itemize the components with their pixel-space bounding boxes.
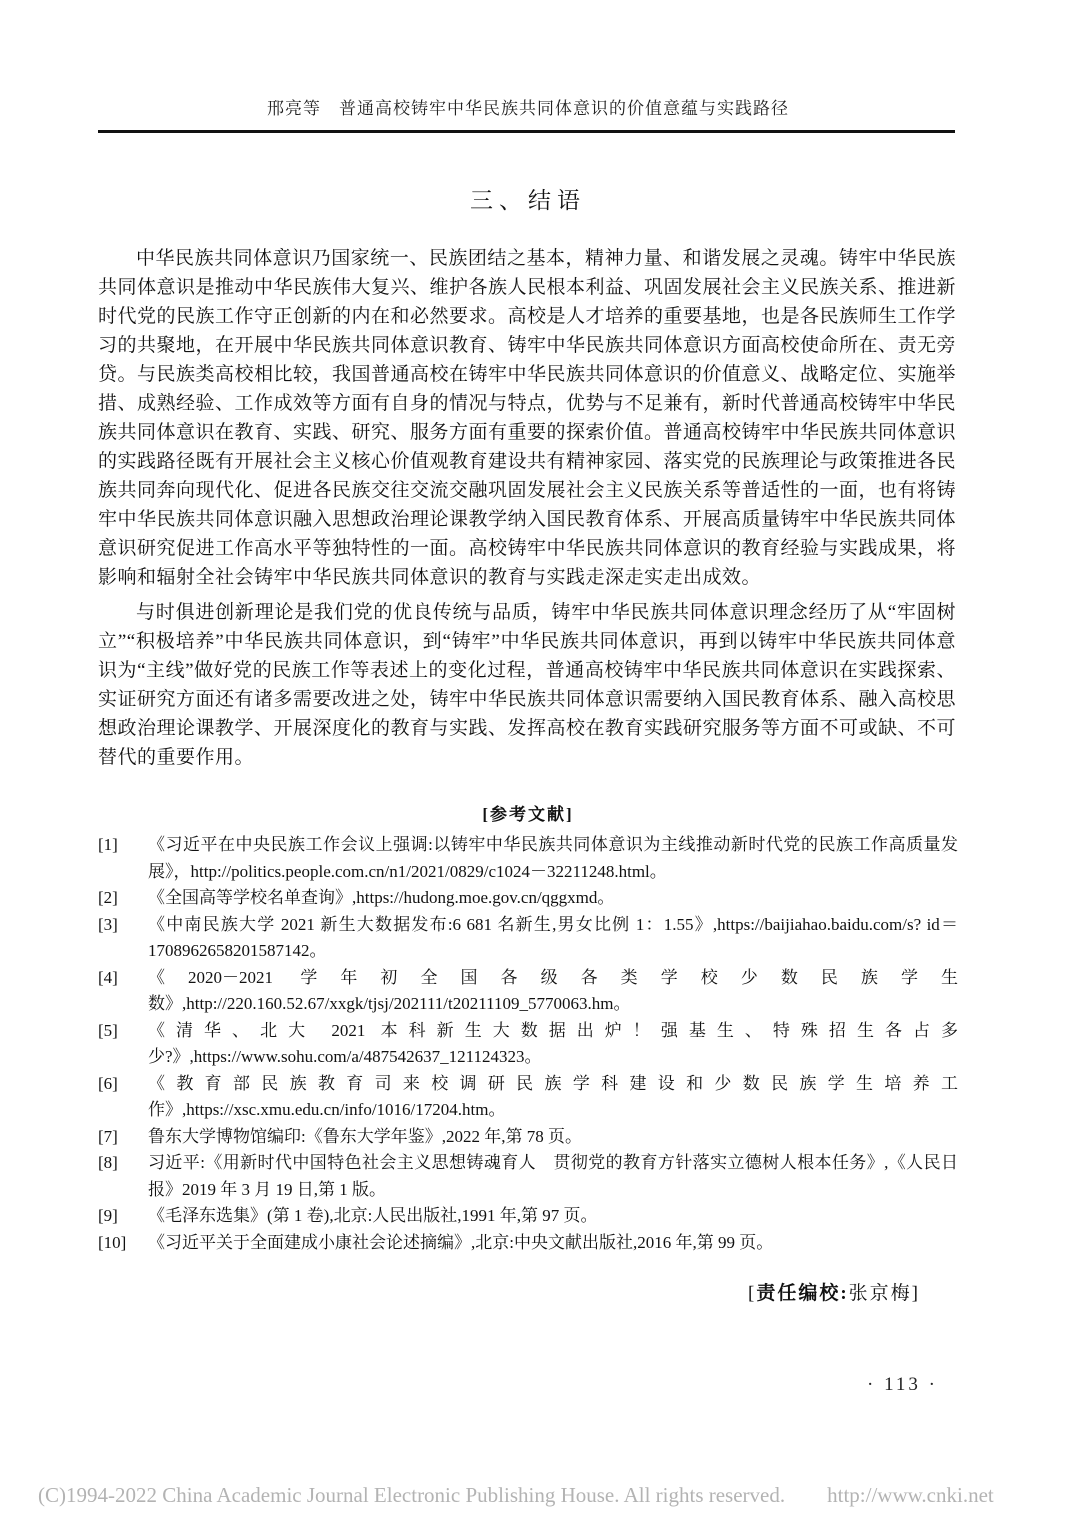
editor-note-close-bracket: ] [912,1283,920,1304]
reference-text: 《中南民族大学 2021 新生大数据发布:6 681 名新生,男女比例 1：1.… [148,912,958,965]
reference-item: [1] 《习近平在中央民族工作会议上强调:以铸牢中华民族共同体意识为主线推动新时… [98,832,958,885]
editor-note: [责任编校:张京梅] [98,1278,920,1305]
reference-item: [8] 习近平:《用新时代中国特色社会主义思想铸魂育人 贯彻党的教育方针落实立德… [98,1150,958,1203]
reference-text: 习近平:《用新时代中国特色社会主义思想铸魂育人 贯彻党的教育方针落实立德树人根本… [148,1150,958,1203]
header-rule [98,130,955,133]
reference-number: [3] [98,912,148,965]
reference-text: 《清华、北大 2021 本科新生大数据出炉！强基生、特殊招生各占多少?》,htt… [148,1018,958,1071]
reference-number: [1] [98,832,148,885]
reference-text: 《毛泽东选集》(第 1 卷),北京:人民出版社,1991 年,第 97 页。 [148,1203,958,1230]
editor-note-name: 张京梅 [849,1283,912,1304]
section-title: 三、结语 [98,182,958,215]
reference-item: [4] 《2020－2021 学年初全国各级各类学校少数民族学生数》,http:… [98,965,958,1018]
reference-text: 《教育部民族教育司来校调研民族学科建设和少数民族学生培养工作》,https://… [148,1071,958,1124]
footer: (C)1994-2022 China Academic Journal Elec… [38,1483,1042,1508]
references-list: [1] 《习近平在中央民族工作会议上强调:以铸牢中华民族共同体意识为主线推动新时… [98,832,958,1256]
reference-item: [6] 《教育部民族教育司来校调研民族学科建设和少数民族学生培养工作》,http… [98,1071,958,1124]
reference-number: [5] [98,1018,148,1071]
body-text: 中华民族共同体意识乃国家统一、民族团结之基本，精神力量、和谐发展之灵魂。铸牢中华… [98,244,956,778]
reference-text: 《2020－2021 学年初全国各级各类学校少数民族学生数》,http://22… [148,965,958,1018]
reference-number: [2] [98,885,148,912]
paragraph: 与时俱进创新理论是我们党的优良传统与品质，铸牢中华民族共同体意识理念经历了从“牢… [98,598,956,772]
reference-item: [9] 《毛泽东选集》(第 1 卷),北京:人民出版社,1991 年,第 97 … [98,1203,958,1230]
reference-item: [2] 《全国高等学校名单查询》,https://hudong.moe.gov.… [98,885,958,912]
reference-item: [7] 鲁东大学博物馆编印:《鲁东大学年鉴》,2022 年,第 78 页。 [98,1124,958,1151]
running-head: 邢亮等 普通高校铸牢中华民族共同体意识的价值意蕴与实践路径 [98,94,958,119]
reference-item: [10] 《习近平关于全面建成小康社会论述摘编》,北京:中央文献出版社,2016… [98,1230,958,1257]
reference-number: [6] [98,1071,148,1124]
reference-number: [10] [98,1230,148,1257]
journal-page: 邢亮等 普通高校铸牢中华民族共同体意识的价值意蕴与实践路径 三、结语 中华民族共… [0,0,1080,1527]
reference-number: [8] [98,1150,148,1203]
editor-note-label: 责任编校: [756,1283,848,1304]
reference-text: 《全国高等学校名单查询》,https://hudong.moe.gov.cn/q… [148,885,958,912]
reference-number: [4] [98,965,148,1018]
paragraph: 中华民族共同体意识乃国家统一、民族团结之基本，精神力量、和谐发展之灵魂。铸牢中华… [98,244,956,592]
reference-item: [5] 《清华、北大 2021 本科新生大数据出炉！强基生、特殊招生各占多少?》… [98,1018,958,1071]
reference-item: [3] 《中南民族大学 2021 新生大数据发布:6 681 名新生,男女比例 … [98,912,958,965]
references-heading: [参考文献] [98,800,958,825]
reference-text: 《习近平关于全面建成小康社会论述摘编》,北京:中央文献出版社,2016 年,第 … [148,1230,958,1257]
reference-number: [9] [98,1203,148,1230]
reference-text: 《习近平在中央民族工作会议上强调:以铸牢中华民族共同体意识为主线推动新时代党的民… [148,832,958,885]
footer-copyright: (C)1994-2022 China Academic Journal Elec… [38,1483,785,1507]
footer-url: http://www.cnki.net [827,1483,994,1507]
reference-text: 鲁东大学博物馆编印:《鲁东大学年鉴》,2022 年,第 78 页。 [148,1124,958,1151]
page-number: · 113 · [98,1374,938,1396]
reference-number: [7] [98,1124,148,1151]
